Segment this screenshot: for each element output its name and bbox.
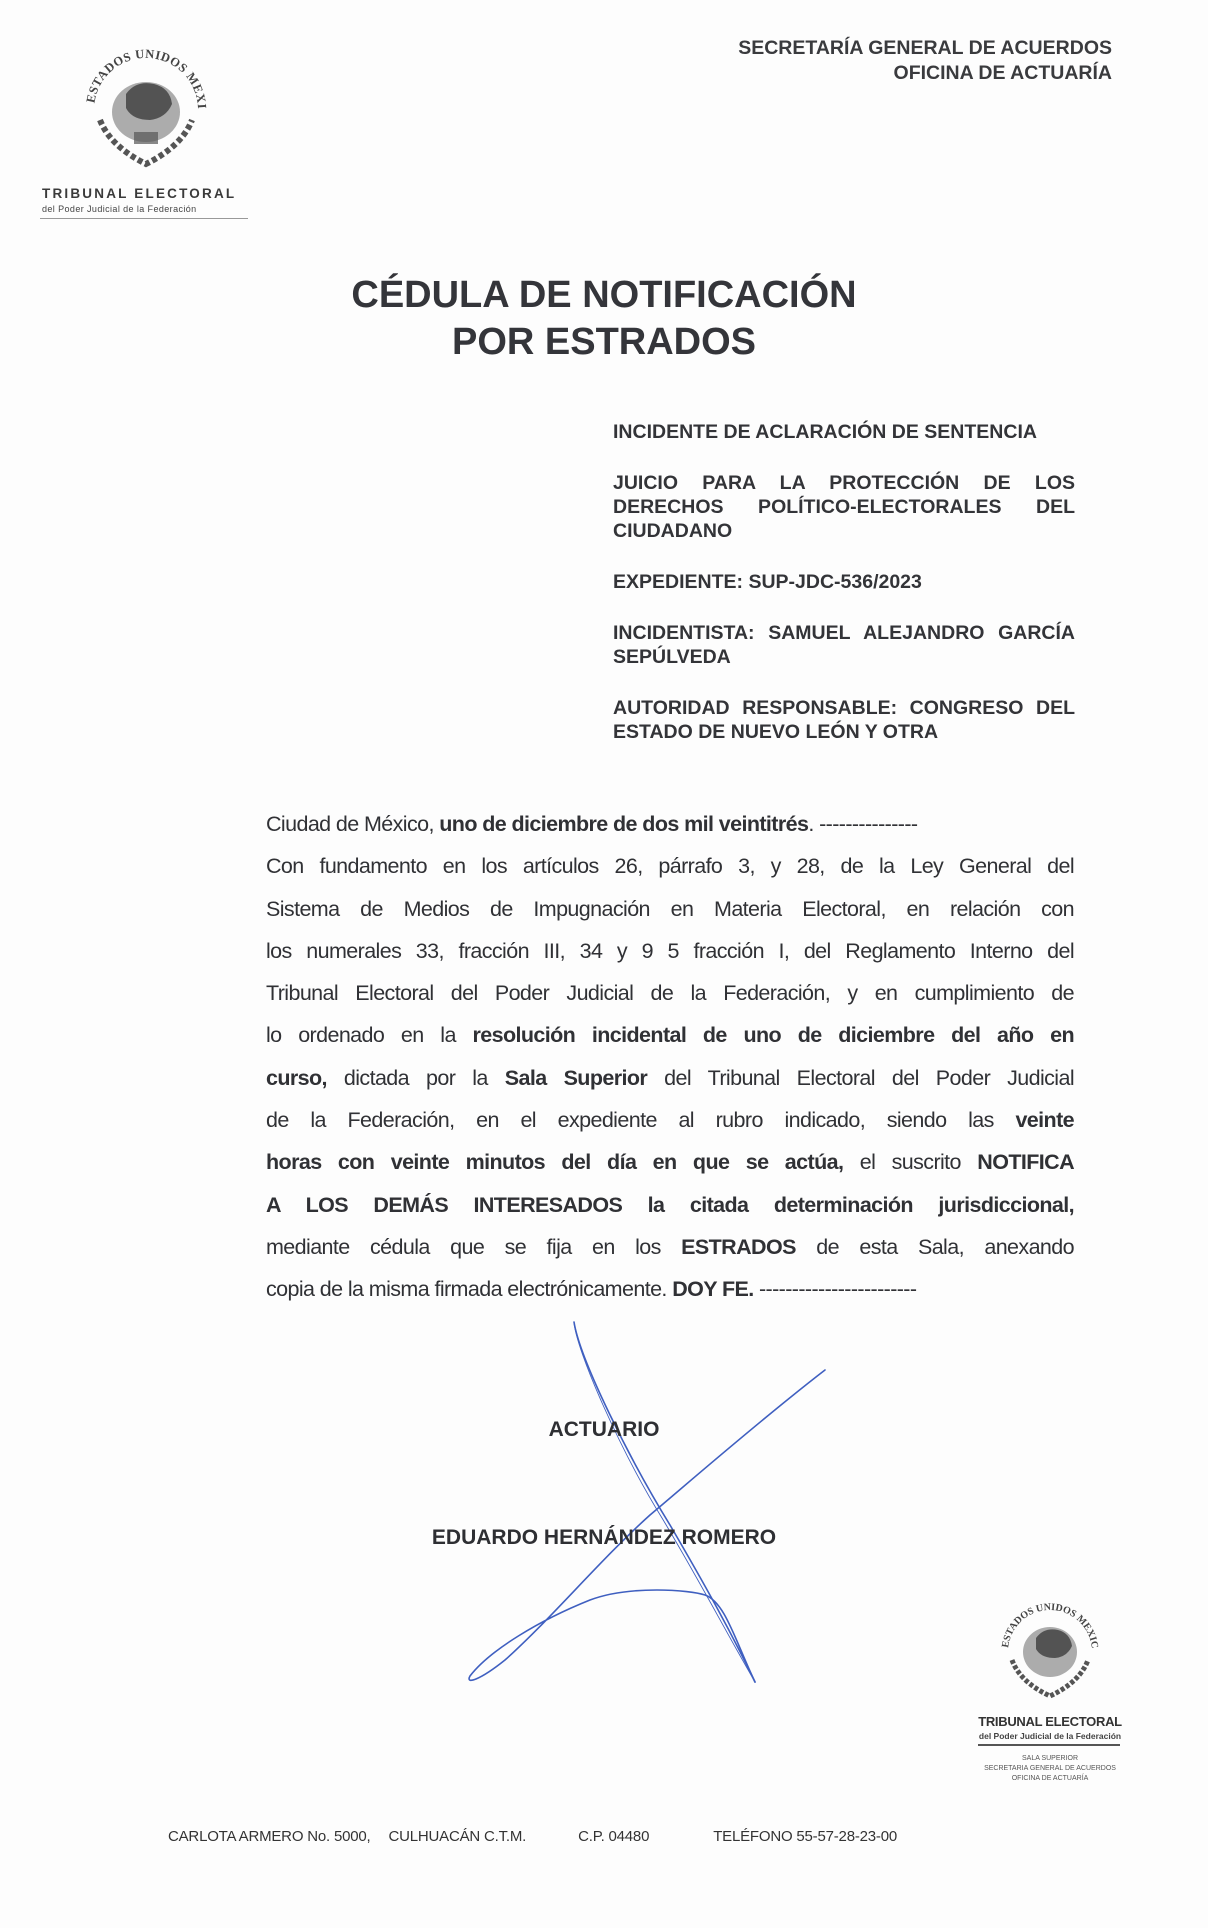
file-number: EXPEDIENTE: SUP-JDC-536/2023 bbox=[613, 570, 1075, 594]
stamp-line-3: OFICINA DE ACTUARÍA bbox=[960, 1774, 1140, 1784]
stamp-institution: TRIBUNAL ELECTORAL bbox=[960, 1714, 1140, 1729]
footer-postal-code: C.P. 04480 bbox=[578, 1828, 649, 1845]
body-line: Con fundamento en los artículos 26, párr… bbox=[266, 845, 1074, 887]
stamp-institution-subtitle: del Poder Judicial de la Federación bbox=[960, 1731, 1140, 1741]
national-seal-icon: ESTADOS UNIDOS MEXICANOS bbox=[998, 1590, 1102, 1710]
handwritten-signature-icon bbox=[430, 1300, 910, 1720]
title-line-1: CÉDULA DE NOTIFICACIÓN bbox=[0, 272, 1208, 319]
office-line-1: SECRETARÍA GENERAL DE ACUERDOS bbox=[738, 36, 1112, 61]
letterhead-logo: ESTADOS UNIDOS MEXICANOS TRIBUNAL ELECTO… bbox=[38, 32, 258, 217]
body-line: los numerales 33, fracción III, 34 y 9 5… bbox=[266, 930, 1074, 972]
body-line: de la Federación, en el expediente al ru… bbox=[266, 1099, 1074, 1141]
incidentist: INCIDENTISTA: SAMUEL ALEJANDRO GARCÍA SE… bbox=[613, 621, 1075, 669]
title-line-2: POR ESTRADOS bbox=[0, 319, 1208, 366]
responsible-authority: AUTORIDAD RESPONSABLE: CONGRESO DEL ESTA… bbox=[613, 696, 1075, 744]
body-line: Sistema de Medios de Impugnación en Mate… bbox=[266, 888, 1074, 930]
footer-address: CARLOTA ARMERO No. 5000, CULHUACÁN C.T.M… bbox=[168, 1828, 897, 1845]
stamp-line-2: SECRETARIA GENERAL DE ACUERDOS bbox=[960, 1764, 1140, 1774]
body-line: lo ordenado en la resolución incidental … bbox=[266, 1014, 1074, 1056]
document-title: CÉDULA DE NOTIFICACIÓN POR ESTRADOS bbox=[0, 272, 1208, 366]
stamp-office: SALA SUPERIOR SECRETARIA GENERAL DE ACUE… bbox=[960, 1754, 1140, 1784]
office-line-2: OFICINA DE ACTUARÍA bbox=[738, 61, 1112, 86]
letterhead-divider bbox=[40, 218, 248, 219]
footer-district: CULHUACÁN C.T.M. bbox=[388, 1828, 526, 1845]
institution-subtitle: del Poder Judicial de la Federación bbox=[42, 204, 197, 214]
office-heading: SECRETARÍA GENERAL DE ACUERDOS OFICINA D… bbox=[738, 36, 1112, 86]
body-line: mediante cédula que se fija en los ESTRA… bbox=[266, 1226, 1074, 1268]
notification-body: Ciudad de México, uno de diciembre de do… bbox=[266, 803, 1074, 1311]
incident-type: INCIDENTE DE ACLARACIÓN DE SENTENCIA bbox=[613, 420, 1075, 444]
signatory-role: ACTUARIO bbox=[0, 1418, 1208, 1442]
body-line: Ciudad de México, uno de diciembre de do… bbox=[266, 803, 1074, 845]
body-line: curso, dictada por la Sala Superior del … bbox=[266, 1057, 1074, 1099]
trial-type: JUICIO PARA LA PROTECCIÓN DE LOS DERECHO… bbox=[613, 471, 1075, 543]
official-stamp: ESTADOS UNIDOS MEXICANOS TRIBUNAL ELECTO… bbox=[960, 1590, 1140, 1790]
signatory-name: EDUARDO HERNÁNDEZ ROMERO bbox=[0, 1526, 1208, 1550]
footer-street: CARLOTA ARMERO No. 5000, bbox=[168, 1828, 371, 1845]
body-line: Tribunal Electoral del Poder Judicial de… bbox=[266, 972, 1074, 1014]
case-caption: INCIDENTE DE ACLARACIÓN DE SENTENCIA JUI… bbox=[613, 420, 1075, 771]
footer-phone: TELÉFONO 55-57-28-23-00 bbox=[713, 1828, 897, 1845]
institution-name: TRIBUNAL ELECTORAL bbox=[42, 186, 236, 201]
stamp-line-1: SALA SUPERIOR bbox=[960, 1754, 1140, 1764]
body-line: A LOS DEMÁS INTERESADOS la citada determ… bbox=[266, 1184, 1074, 1226]
stamp-divider bbox=[978, 1744, 1120, 1746]
body-line: horas con veinte minutos del día en que … bbox=[266, 1141, 1074, 1183]
national-seal-icon: ESTADOS UNIDOS MEXICANOS bbox=[76, 32, 216, 182]
